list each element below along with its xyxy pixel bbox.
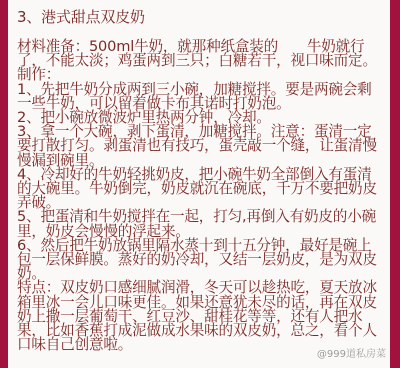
materials-paragraph: 材料准备：500ml牛奶，就那种纸盒装的 牛奶就行了，不能太淡；鸡蛋两到三只；白… — [17, 40, 382, 68]
step-6: 6、然后把牛奶放锅里隔水蒸十到十五分钟，最好是碗上包一层保鲜膜。蒸好的奶冷却，又… — [17, 239, 382, 282]
step-3: 3、拿一个大碗，剥下蛋清，加糖搅拌。注意：蛋清一定要打散打匀。剥蛋清也有技巧，蛋… — [17, 125, 382, 168]
features-paragraph: 特点：双皮奶口感细腻润滑，冬天可以趁热吃，夏天放冰箱里冰一会儿口味更佳。如果还意… — [17, 281, 382, 352]
recipe-title: 3、港式甜点双皮奶 — [17, 8, 382, 26]
step-4: 4、冷却好的牛奶轻挑奶皮，把小碗牛奶全部倒入有蛋清的大碗里。牛奶倒完，奶皮就沉在… — [17, 168, 382, 211]
watermark: @999道私房菜 — [317, 348, 386, 362]
step-1: 1、先把牛奶分成两到三小碗，加糖搅拌。要是两碗会剩一些牛奶，可以留着做卡布其诺时… — [17, 83, 382, 111]
recipe-card: 3、港式甜点双皮奶 材料准备：500ml牛奶，就那种纸盒装的 牛奶就行了，不能太… — [8, 0, 390, 368]
step-5: 5、把蛋清和牛奶搅拌在一起，打匀,再倒入有奶皮的小碗里，奶皮会慢慢的浮起来。 — [17, 210, 382, 238]
